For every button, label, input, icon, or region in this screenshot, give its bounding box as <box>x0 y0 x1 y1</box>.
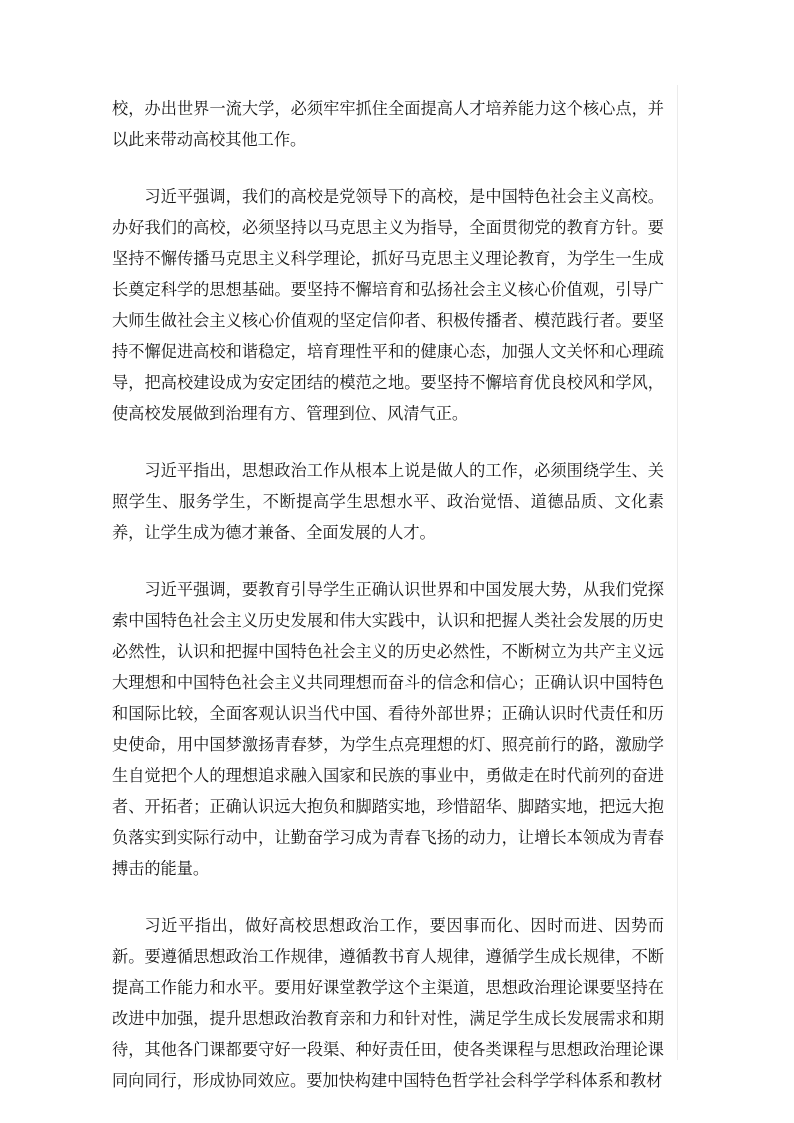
page-edge-artifact-line <box>677 85 678 1060</box>
paragraph-emphasis-universities: 习近平强调，我们的高校是党领导下的高校，是中国特色社会主义高校。办好我们的高校，… <box>112 182 664 430</box>
document-body: 校，办出世界一流大学，必须牢牢抓住全面提高人才培养能力这个核心点，并以此来带动高… <box>112 94 664 1097</box>
document-page: 校，办出世界一流大学，必须牢牢抓住全面提高人才培养能力这个核心点，并以此来带动高… <box>0 0 794 1123</box>
paragraph-ideological-work: 习近平指出，思想政治工作从根本上说是做人的工作，必须围绕学生、关照学生、服务学生… <box>112 456 664 549</box>
paragraph-improve-political-work: 习近平指出，做好高校思想政治工作，要因事而化、因时而进、因势而新。要遵循思想政治… <box>112 911 664 1097</box>
paragraph-guide-students: 习近平强调，要教育引导学生正确认识世界和中国发展大势，从我们党探索中国特色社会主… <box>112 575 664 885</box>
paragraph-continuation: 校，办出世界一流大学，必须牢牢抓住全面提高人才培养能力这个核心点，并以此来带动高… <box>112 94 664 156</box>
